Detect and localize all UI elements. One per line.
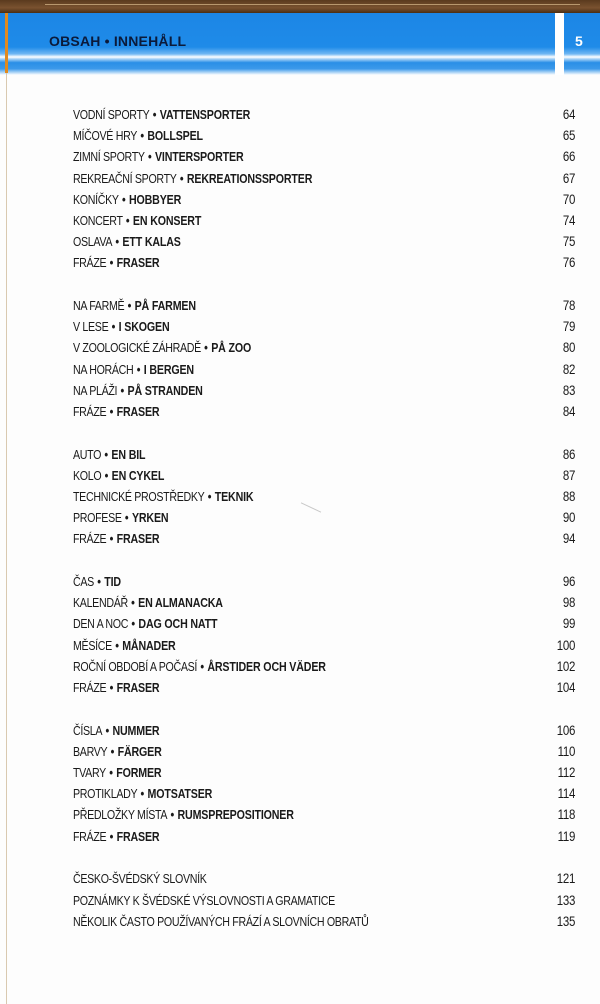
entry-label: KALENDÁŘ•EN ALMANACKA: [73, 592, 223, 613]
entry-page-number: 110: [558, 741, 576, 762]
entry-label: KONÍČKY•HOBBYER: [73, 189, 181, 210]
swedish-title: PÅ STRANDEN: [127, 383, 202, 398]
entry-page-number: 76: [563, 252, 575, 273]
entry-label: FRÁZE•FRASER: [73, 252, 159, 273]
czech-title: VODNÍ SPORTY: [73, 107, 149, 122]
bullet-separator: •: [104, 447, 108, 462]
entry-label: NA HORÁCH•I BERGEN: [73, 359, 194, 380]
bullet-separator: •: [112, 319, 116, 334]
toc-group: ČESKO-ŠVÉDSKÝ SLOVNÍK121POZNÁMKY K ŠVÉDS…: [73, 868, 575, 932]
bullet-separator: •: [110, 404, 114, 419]
entry-page-number: 80: [563, 337, 575, 358]
entry-page-number: 78: [563, 295, 575, 316]
entry-label: NA FARMĚ•PÅ FARMEN: [73, 295, 196, 316]
toc-entry[interactable]: ČESKO-ŠVÉDSKÝ SLOVNÍK121: [73, 868, 575, 889]
czech-title: V LESE: [73, 319, 108, 334]
entry-label: ČAS•TID: [73, 571, 121, 592]
czech-title: NA HORÁCH: [73, 362, 133, 377]
toc-entry[interactable]: PROFESE•YRKEN90: [73, 507, 575, 528]
toc-entry[interactable]: FRÁZE•FRASER94: [73, 528, 575, 549]
bullet-separator: •: [170, 807, 174, 822]
entry-label: TVARY•FORMER: [73, 762, 161, 783]
toc-entry[interactable]: AUTO•EN BIL86: [73, 444, 575, 465]
toc-entry[interactable]: DEN A NOC•DAG OCH NATT99: [73, 613, 575, 634]
swedish-title: YRKEN: [132, 510, 169, 525]
czech-title: KONÍČKY: [73, 192, 119, 207]
toc-entry[interactable]: KONÍČKY•HOBBYER70: [73, 189, 575, 210]
swedish-title: FRASER: [117, 255, 160, 270]
entry-page-number: 102: [557, 656, 575, 677]
czech-title: FRÁZE: [73, 255, 106, 270]
page-spine-edge: [5, 13, 8, 73]
swedish-title: I SKOGEN: [119, 319, 170, 334]
entry-page-number: 90: [563, 507, 575, 528]
entry-label: ČÍSLA•NUMMER: [73, 720, 159, 741]
bullet-separator: •: [128, 298, 132, 313]
swedish-title: PÅ FARMEN: [135, 298, 196, 313]
toc-entry[interactable]: ČAS•TID96: [73, 571, 575, 592]
bullet-separator: •: [115, 638, 119, 653]
swedish-title: FRASER: [117, 829, 160, 844]
toc-entry[interactable]: FRÁZE•FRASER104: [73, 677, 575, 698]
bullet-separator: •: [148, 149, 152, 164]
bullet-separator: •: [140, 128, 144, 143]
entry-page-number: 100: [557, 635, 575, 656]
toc-entry[interactable]: TVARY•FORMER112: [73, 762, 575, 783]
entry-page-number: 106: [557, 720, 575, 741]
bullet-separator: •: [97, 574, 101, 589]
entry-label: POZNÁMKY K ŠVÉDSKÉ VÝSLOVNOSTI A GRAMATI…: [73, 890, 335, 911]
swedish-title: DAG OCH NATT: [138, 616, 217, 631]
bullet-separator: •: [204, 340, 208, 355]
entry-label: KONCERT•EN KONSERT: [73, 210, 201, 231]
czech-title: ZIMNÍ SPORTY: [73, 149, 145, 164]
entry-label: KOLO•EN CYKEL: [73, 465, 164, 486]
czech-title: ČESKO-ŠVÉDSKÝ SLOVNÍK: [73, 871, 207, 886]
toc-group: VODNÍ SPORTY•VATTENSPORTER64MÍČOVÉ HRY•B…: [73, 104, 575, 274]
swedish-title: EN ALMANACKA: [138, 595, 223, 610]
swedish-title: TID: [104, 574, 121, 589]
bullet-separator: •: [110, 531, 114, 546]
entry-label: VODNÍ SPORTY•VATTENSPORTER: [73, 104, 250, 125]
czech-title: ČAS: [73, 574, 94, 589]
book-top-edge: [0, 0, 600, 13]
swedish-title: ÅRSTIDER OCH VÄDER: [207, 659, 325, 674]
toc-group: AUTO•EN BIL86KOLO•EN CYKEL87TECHNICKÉ PR…: [73, 444, 575, 550]
entry-page-number: 65: [563, 125, 575, 146]
entry-label: AUTO•EN BIL: [73, 444, 145, 465]
entry-label: ČESKO-ŠVÉDSKÝ SLOVNÍK: [73, 868, 207, 889]
bullet-separator: •: [153, 107, 157, 122]
bullet-separator: •: [126, 213, 130, 228]
toc-group: NA FARMĚ•PÅ FARMEN78V LESE•I SKOGEN79V Z…: [73, 295, 575, 422]
swedish-title: FRASER: [117, 680, 160, 695]
czech-title: REKREAČNÍ SPORTY: [73, 171, 177, 186]
toc-entry[interactable]: KOLO•EN CYKEL87: [73, 465, 575, 486]
entry-label: ROČNÍ OBDOBÍ A POČASÍ•ÅRSTIDER OCH VÄDER: [73, 656, 326, 677]
czech-title: NA PLÁŽI: [73, 383, 117, 398]
swedish-title: VINTERSPORTER: [155, 149, 243, 164]
czech-title: FRÁZE: [73, 531, 106, 546]
bullet-separator: •: [110, 255, 114, 270]
toc-entry[interactable]: POZNÁMKY K ŠVÉDSKÉ VÝSLOVNOSTI A GRAMATI…: [73, 890, 575, 911]
bullet-separator: •: [110, 829, 114, 844]
czech-title: PŘEDLOŽKY MÍSTA: [73, 807, 167, 822]
swedish-title: VATTENSPORTER: [160, 107, 250, 122]
toc-entry[interactable]: OSLAVA•ETT KALAS75: [73, 231, 575, 252]
czech-title: ROČNÍ OBDOBÍ A POČASÍ: [73, 659, 197, 674]
bullet-separator: •: [105, 723, 109, 738]
bullet-separator: •: [105, 468, 109, 483]
czech-title: NĚKOLIK ČASTO POUŽÍVANÝCH FRÁZÍ A SLOVNÍ…: [73, 914, 369, 929]
entry-page-number: 88: [563, 486, 575, 507]
entry-page-number: 119: [558, 826, 576, 847]
entry-label: REKREAČNÍ SPORTY•REKREATIONSSPORTER: [73, 168, 312, 189]
toc-entry[interactable]: VODNÍ SPORTY•VATTENSPORTER64: [73, 104, 575, 125]
toc-group: ČAS•TID96KALENDÁŘ•EN ALMANACKA98DEN A NO…: [73, 571, 575, 698]
entry-label: BARVY•FÄRGER: [73, 741, 162, 762]
toc-entry[interactable]: BARVY•FÄRGER110: [73, 741, 575, 762]
swedish-title: FORMER: [116, 765, 161, 780]
entry-label: PROTIKLADY•MOTSATSER: [73, 783, 212, 804]
toc-entry[interactable]: FRÁZE•FRASER76: [73, 252, 575, 273]
table-of-contents: VODNÍ SPORTY•VATTENSPORTER64MÍČOVÉ HRY•B…: [73, 104, 575, 953]
entry-label: MÍČOVÉ HRY•BOLLSPEL: [73, 125, 203, 146]
toc-entry[interactable]: ZIMNÍ SPORTY•VINTERSPORTER66: [73, 146, 575, 167]
entry-page-number: 79: [563, 316, 575, 337]
bullet-separator: •: [109, 765, 113, 780]
bullet-separator: •: [200, 659, 204, 674]
czech-title: BARVY: [73, 744, 107, 759]
czech-title: PROFESE: [73, 510, 122, 525]
bullet-separator: •: [115, 234, 119, 249]
czech-title: DEN A NOC: [73, 616, 128, 631]
entry-page-number: 70: [563, 189, 575, 210]
swedish-title: EN BIL: [111, 447, 145, 462]
bullet-separator: •: [141, 786, 145, 801]
entry-label: ZIMNÍ SPORTY•VINTERSPORTER: [73, 146, 243, 167]
swedish-title: PÅ ZOO: [211, 340, 251, 355]
entry-label: DEN A NOC•DAG OCH NATT: [73, 613, 217, 634]
swedish-title: TEKNIK: [215, 489, 254, 504]
section-title: OBSAH • INNEHÅLL: [49, 33, 186, 49]
czech-title: TVARY: [73, 765, 106, 780]
entry-label: NĚKOLIK ČASTO POUŽÍVANÝCH FRÁZÍ A SLOVNÍ…: [73, 911, 369, 932]
swedish-title: RUMSPREPOSITIONER: [178, 807, 294, 822]
swedish-title: HOBBYER: [129, 192, 181, 207]
czech-title: POZNÁMKY K ŠVÉDSKÉ VÝSLOVNOSTI A GRAMATI…: [73, 893, 335, 908]
entry-page-number: 66: [563, 146, 575, 167]
czech-title: V ZOOLOGICKÉ ZÁHRADĚ: [73, 340, 201, 355]
swedish-title: MOTSATSER: [148, 786, 213, 801]
toc-entry[interactable]: NĚKOLIK ČASTO POUŽÍVANÝCH FRÁZÍ A SLOVNÍ…: [73, 911, 575, 932]
entry-label: FRÁZE•FRASER: [73, 677, 159, 698]
entry-page-number: 94: [563, 528, 575, 549]
entry-page-number: 99: [563, 613, 575, 634]
entry-page-number: 82: [563, 359, 575, 380]
entry-page-number: 104: [557, 677, 575, 698]
toc-entry[interactable]: NA FARMĚ•PÅ FARMEN78: [73, 295, 575, 316]
entry-label: PROFESE•YRKEN: [73, 507, 168, 528]
bullet-separator: •: [122, 192, 126, 207]
swedish-title: I BERGEN: [144, 362, 194, 377]
entry-label: FRÁZE•FRASER: [73, 401, 159, 422]
entry-page-number: 133: [557, 890, 575, 911]
toc-entry[interactable]: NA HORÁCH•I BERGEN82: [73, 359, 575, 380]
swedish-title: NUMMER: [112, 723, 159, 738]
entry-label: V LESE•I SKOGEN: [73, 316, 169, 337]
entry-label: TECHNICKÉ PROSTŘEDKY•TEKNIK: [73, 486, 253, 507]
bullet-separator: •: [208, 489, 212, 504]
entry-page-number: 74: [563, 210, 575, 231]
bullet-separator: •: [111, 744, 115, 759]
swedish-title: EN KONSERT: [133, 213, 201, 228]
toc-entry[interactable]: KONCERT•EN KONSERT74: [73, 210, 575, 231]
entry-page-number: 84: [563, 401, 575, 422]
page-number: 5: [575, 33, 583, 49]
toc-entry[interactable]: ČÍSLA•NUMMER106: [73, 720, 575, 741]
swedish-title: MÅNADER: [122, 638, 175, 653]
swedish-title: ETT KALAS: [122, 234, 180, 249]
toc-group: ČÍSLA•NUMMER106BARVY•FÄRGER110TVARY•FORM…: [73, 720, 575, 847]
czech-title: FRÁZE: [73, 680, 106, 695]
bullet-separator: •: [120, 383, 124, 398]
toc-entry[interactable]: ROČNÍ OBDOBÍ A POČASÍ•ÅRSTIDER OCH VÄDER…: [73, 656, 575, 677]
toc-entry[interactable]: REKREAČNÍ SPORTY•REKREATIONSSPORTER67: [73, 168, 575, 189]
toc-entry[interactable]: MĚSÍCE•MÅNADER100: [73, 635, 575, 656]
czech-title: TECHNICKÉ PROSTŘEDKY: [73, 489, 204, 504]
czech-title: NA FARMĚ: [73, 298, 124, 313]
toc-entry[interactable]: NA PLÁŽI•PÅ STRANDEN83: [73, 380, 575, 401]
swedish-title: BOLLSPEL: [147, 128, 203, 143]
page-margin-line: [6, 73, 7, 1004]
entry-page-number: 67: [563, 168, 575, 189]
toc-entry[interactable]: V LESE•I SKOGEN79: [73, 316, 575, 337]
czech-title: MĚSÍCE: [73, 638, 112, 653]
entry-page-number: 114: [558, 783, 576, 804]
czech-title: PROTIKLADY: [73, 786, 137, 801]
entry-label: FRÁZE•FRASER: [73, 528, 159, 549]
entry-label: OSLAVA•ETT KALAS: [73, 231, 181, 252]
entry-page-number: 118: [558, 804, 576, 825]
entry-label: NA PLÁŽI•PÅ STRANDEN: [73, 380, 203, 401]
entry-page-number: 96: [563, 571, 575, 592]
toc-entry[interactable]: TECHNICKÉ PROSTŘEDKY•TEKNIK88: [73, 486, 575, 507]
entry-page-number: 121: [557, 868, 575, 889]
entry-label: MĚSÍCE•MÅNADER: [73, 635, 176, 656]
header-divider: [555, 13, 564, 75]
entry-page-number: 87: [563, 465, 575, 486]
entry-page-number: 98: [563, 592, 575, 613]
swedish-title: EN CYKEL: [112, 468, 165, 483]
toc-entry[interactable]: FRÁZE•FRASER119: [73, 826, 575, 847]
bullet-separator: •: [110, 680, 114, 695]
toc-entry[interactable]: FRÁZE•FRASER84: [73, 401, 575, 422]
czech-title: MÍČOVÉ HRY: [73, 128, 137, 143]
czech-title: OSLAVA: [73, 234, 112, 249]
bullet-separator: •: [180, 171, 184, 186]
czech-title: ČÍSLA: [73, 723, 102, 738]
czech-title: FRÁZE: [73, 404, 106, 419]
entry-label: FRÁZE•FRASER: [73, 826, 159, 847]
swedish-title: FÄRGER: [118, 744, 162, 759]
czech-title: KOLO: [73, 468, 101, 483]
bullet-separator: •: [131, 616, 135, 631]
toc-entry[interactable]: KALENDÁŘ•EN ALMANACKA98: [73, 592, 575, 613]
bullet-separator: •: [137, 362, 141, 377]
bullet-separator: •: [125, 510, 129, 525]
entry-page-number: 86: [563, 444, 575, 465]
swedish-title: FRASER: [117, 404, 160, 419]
swedish-title: FRASER: [117, 531, 160, 546]
czech-title: AUTO: [73, 447, 101, 462]
bullet-separator: •: [131, 595, 135, 610]
entry-page-number: 75: [563, 231, 575, 252]
entry-label: PŘEDLOŽKY MÍSTA•RUMSPREPOSITIONER: [73, 804, 294, 825]
toc-entry[interactable]: MÍČOVÉ HRY•BOLLSPEL65: [73, 125, 575, 146]
swedish-title: REKREATIONSSPORTER: [187, 171, 312, 186]
entry-page-number: 83: [563, 380, 575, 401]
czech-title: FRÁZE: [73, 829, 106, 844]
entry-label: V ZOOLOGICKÉ ZÁHRADĚ•PÅ ZOO: [73, 337, 251, 358]
entry-page-number: 112: [558, 762, 576, 783]
entry-page-number: 64: [563, 104, 575, 125]
toc-entry[interactable]: PŘEDLOŽKY MÍSTA•RUMSPREPOSITIONER118: [73, 804, 575, 825]
entry-page-number: 135: [557, 911, 575, 932]
czech-title: KALENDÁŘ: [73, 595, 128, 610]
czech-title: KONCERT: [73, 213, 123, 228]
toc-entry[interactable]: PROTIKLADY•MOTSATSER114: [73, 783, 575, 804]
toc-entry[interactable]: V ZOOLOGICKÉ ZÁHRADĚ•PÅ ZOO80: [73, 337, 575, 358]
